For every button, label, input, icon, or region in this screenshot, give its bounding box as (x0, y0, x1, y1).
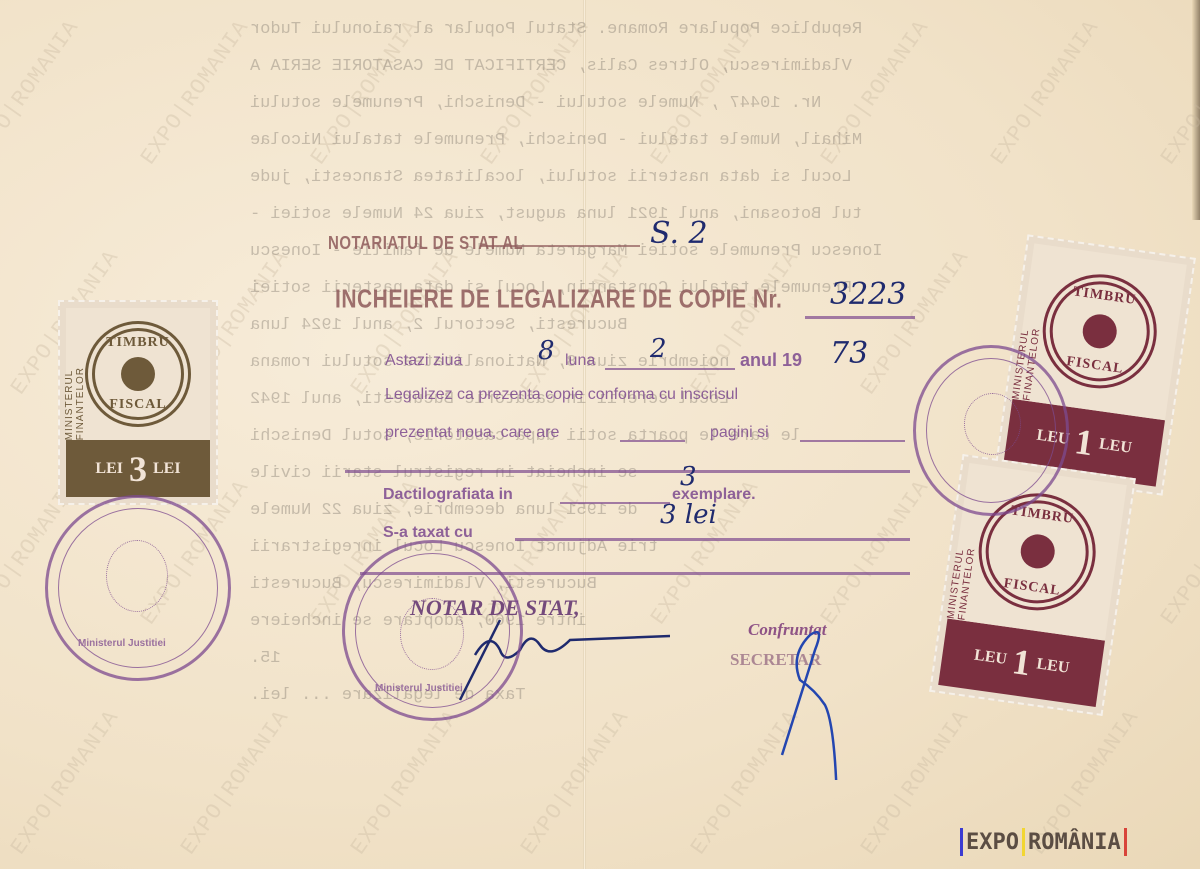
bleed-through-line: Nr. 10447 , Numele sotului - Denischi, P… (250, 94, 821, 113)
expo-romania-logo: EXPO ROMÂNIA (957, 828, 1130, 856)
date-month: 2 (650, 334, 667, 364)
title-stamp: INCHEIERE DE LEGALIZARE DE COPIE Nr. (335, 285, 782, 315)
bleed-through-line: 15. (250, 649, 281, 668)
bleed-through-line: Bucuresti, Sectorul 2, anul 1924 luna (250, 316, 627, 335)
bleed-through-line: tul Botosani, anul 1921 luna august, ziu… (250, 205, 862, 224)
secretary-signature (770, 620, 850, 780)
month-line (605, 368, 735, 370)
separator-line-1 (345, 470, 910, 473)
date-day: 8 (538, 336, 555, 366)
extra-line (800, 440, 905, 442)
certification-line-2-prefix: prezentat noua, care are (385, 424, 559, 442)
certification-line-1: Legalizez ca prezenta copie conforma cu … (385, 386, 738, 404)
seal-1-label: Ministerul Justitiei (78, 638, 166, 649)
logo-bar-red (1124, 828, 1127, 856)
typed-prefix: Dactilografiata in (383, 486, 513, 504)
bleed-through-line: Mihail, Numele tatalui - Denischi, Prenu… (250, 131, 862, 150)
bleed-through-line: Vladimirescu, Oltres Calis, CERTIFICAT D… (250, 57, 852, 76)
coat-of-arms-icon (1018, 533, 1056, 571)
logo-bar-blue (960, 828, 963, 856)
header-underline (480, 245, 640, 247)
header-stamp: NOTARIATUL DE STAT AL (328, 233, 523, 254)
fiscal-stamp: TIMBRUFISCALMINISTERUL FINANTELORLEI3LEI (58, 300, 218, 505)
round-seal-1: Ministerul Justitiei (45, 495, 231, 681)
coat-of-arms-icon (400, 598, 464, 670)
logo-bar-yellow (1022, 828, 1025, 856)
date-month-label: luna (565, 352, 595, 370)
round-seal-2: Ministerul Justitiei (342, 540, 523, 721)
typed-line (560, 502, 670, 504)
tax-line (515, 538, 910, 541)
tax-amount: 3 lei (660, 500, 717, 530)
title-number: 3223 (830, 277, 906, 312)
bleed-through-line: Locul si data nasterii sotului, localita… (250, 168, 852, 187)
logo-right-text: ROMÂNIA (1028, 830, 1121, 855)
bleed-through-line: se incheiat in registrul starii civile (250, 464, 638, 483)
coat-of-arms-icon (1080, 313, 1118, 351)
bleed-through-line: Republice Populare Romane. Statul Popula… (250, 20, 862, 39)
logo-left-text: EXPO (966, 830, 1019, 855)
certification-line-2-middle: pagini si (710, 424, 769, 442)
round-seal-3 (913, 345, 1069, 516)
title-number-line (805, 316, 915, 319)
coat-of-arms-icon (106, 540, 168, 612)
coat-of-arms-icon (964, 393, 1021, 455)
header-handwritten: S. 2 (650, 216, 708, 251)
date-year-label: anul 19 (740, 350, 802, 371)
date-year: 73 (830, 336, 868, 371)
seal-2-label: Ministerul Justitiei (375, 683, 463, 694)
date-prefix: Astazi ziua (385, 352, 462, 370)
coat-of-arms-icon (121, 357, 155, 391)
pages-line (620, 440, 685, 442)
